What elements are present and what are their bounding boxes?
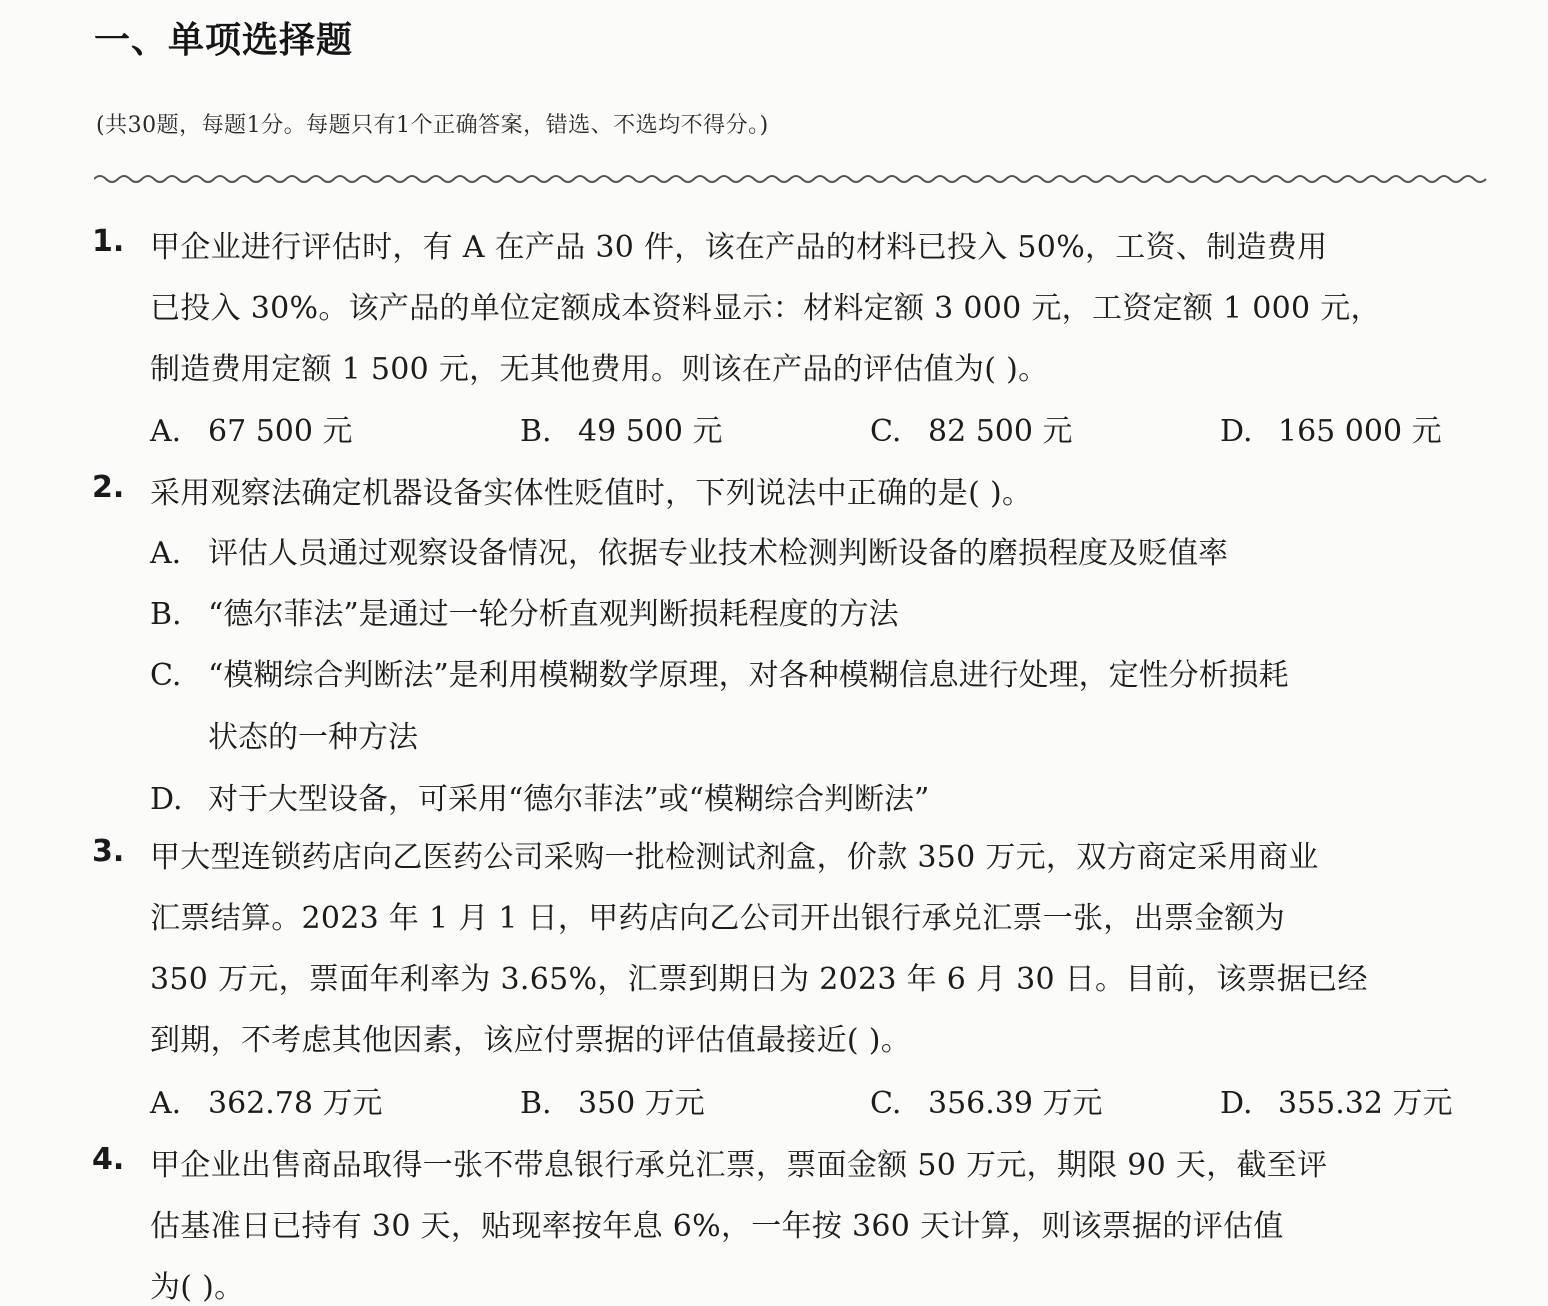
question-text-line: 为( )。 [150, 1262, 244, 1306]
question-number: 2. [92, 470, 124, 505]
option-letter: C. [870, 1086, 928, 1121]
option-text: 350 万元 [578, 1086, 705, 1121]
question-text-line: 350 万元，票面年利率为 3.65%，汇票到期日为 2023 年 6 月 30… [150, 954, 1368, 998]
option-letter: C. [870, 414, 928, 449]
option-letter: B. [520, 1086, 578, 1121]
option-text: “模糊综合判断法”是利用模糊数学原理，对各种模糊信息进行处理，定性分析损耗 [208, 658, 1289, 693]
option-c-continuation: 状态的一种方法 [208, 712, 418, 756]
option-letter: B. [150, 597, 208, 632]
question-text-line: 甲企业进行评估时，有 A 在产品 30 件，该在产品的材料已投入 50%，工资、… [150, 222, 1327, 266]
option-c: C.“模糊综合判断法”是利用模糊数学原理，对各种模糊信息进行处理，定性分析损耗 [150, 650, 1289, 694]
option-letter: B. [520, 414, 578, 449]
option-b: B.“德尔菲法”是通过一轮分析直观判断损耗程度的方法 [150, 589, 899, 633]
question-text-line: 甲大型连锁药店向乙医药公司采购一批检测试剂盒，价款 350 万元，双方商定采用商… [150, 832, 1319, 876]
option-text: 356.39 万元 [928, 1086, 1103, 1121]
option-text: 对于大型设备，可采用“德尔菲法”或“模糊综合判断法” [208, 782, 929, 817]
option-letter: D. [1220, 1086, 1278, 1121]
option-a: A.评估人员通过观察设备情况，依据专业技术检测判断设备的磨损程度及贬值率 [150, 528, 1228, 572]
option-text: 165 000 元 [1278, 414, 1442, 449]
option-letter: A. [150, 1086, 208, 1121]
option-a: A.362.78 万元 [150, 1078, 383, 1122]
option-letter: A. [150, 536, 208, 571]
question-number: 3. [92, 834, 124, 869]
option-letter: C. [150, 658, 208, 693]
question-text-line: 甲企业出售商品取得一张不带息银行承兑汇票，票面金额 50 万元，期限 90 天，… [150, 1140, 1327, 1184]
wavy-divider [94, 172, 1488, 186]
question-number: 1. [92, 224, 124, 259]
question-text-line: 已投入 30%。该产品的单位定额成本资料显示：材料定额 3 000 元，工资定额… [150, 283, 1381, 327]
option-c: C.356.39 万元 [870, 1078, 1103, 1122]
option-d: D.355.32 万元 [1220, 1078, 1453, 1122]
option-a: A.67 500 元 [150, 406, 353, 450]
question-text-line: 汇票结算。2023 年 1 月 1 日，甲药店向乙公司开出银行承兑汇票一张，出票… [150, 893, 1285, 937]
option-letter: D. [150, 782, 208, 817]
option-d: D.对于大型设备，可采用“德尔菲法”或“模糊综合判断法” [150, 774, 929, 818]
option-text: 状态的一种方法 [208, 720, 418, 755]
option-letter: A. [150, 414, 208, 449]
question-text-line: 估基准日已持有 30 天，贴现率按年息 6%，一年按 360 天计算，则该票据的… [150, 1201, 1284, 1245]
section-title: 一、单项选择题 [94, 12, 353, 63]
option-text: 评估人员通过观察设备情况，依据专业技术检测判断设备的磨损程度及贬值率 [208, 536, 1228, 571]
question-text-line: 采用观察法确定机器设备实体性贬值时，下列说法中正确的是( )。 [150, 468, 1032, 512]
option-b: B.49 500 元 [520, 406, 723, 450]
question-text-line: 到期，不考虑其他因素，该应付票据的评估值最接近( )。 [150, 1015, 911, 1059]
option-d: D.165 000 元 [1220, 406, 1442, 450]
option-text: 49 500 元 [578, 414, 723, 449]
option-text: 362.78 万元 [208, 1086, 383, 1121]
option-c: C.82 500 元 [870, 406, 1073, 450]
question-number: 4. [92, 1142, 124, 1177]
option-letter: D. [1220, 414, 1278, 449]
option-text: “德尔菲法”是通过一轮分析直观判断损耗程度的方法 [208, 597, 899, 632]
option-text: 67 500 元 [208, 414, 353, 449]
option-text: 82 500 元 [928, 414, 1073, 449]
option-text: 355.32 万元 [1278, 1086, 1453, 1121]
option-b: B.350 万元 [520, 1078, 705, 1122]
instructions: (共30题，每题1分。每题只有1个正确答案，错选、不选均不得分。) [96, 108, 769, 139]
question-text-line: 制造费用定额 1 500 元，无其他费用。则该在产品的评估值为( )。 [150, 344, 1048, 388]
